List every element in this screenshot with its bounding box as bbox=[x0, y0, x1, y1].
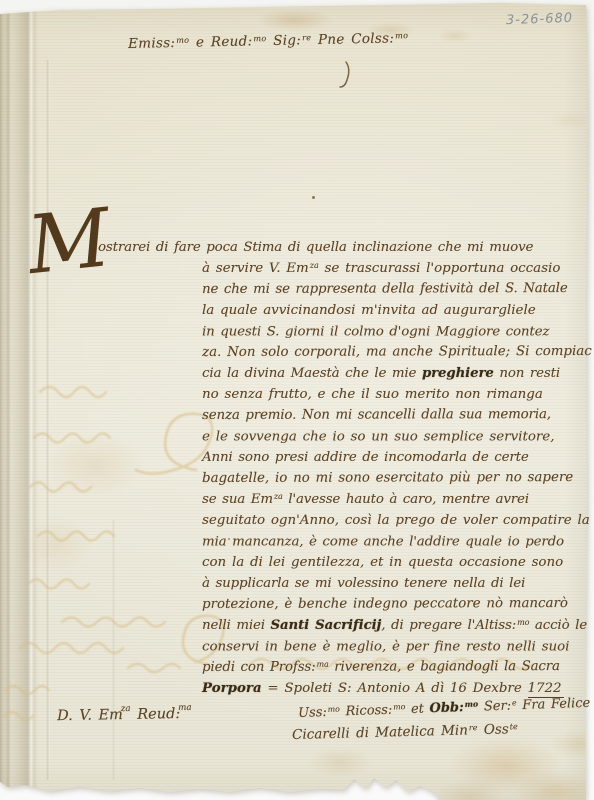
manuscript-line: cia la divina Maestà che le mie preghier… bbox=[0, 363, 594, 384]
text-run: ne che mi se rappresenta della festività… bbox=[202, 281, 568, 297]
text-run: in questi S. giorni il colmo d'ogni Magg… bbox=[202, 324, 549, 339]
text-run: mo bbox=[176, 34, 189, 44]
text-run: riverenza, e bagiandogli la Sacra bbox=[329, 659, 560, 675]
text-run: mo bbox=[465, 699, 479, 708]
text-run: non resti bbox=[494, 366, 560, 381]
text-run: à supplicarla se mi volessino tenere nel… bbox=[202, 576, 525, 591]
text-run: re bbox=[469, 722, 478, 732]
text-run: Oss bbox=[477, 721, 509, 738]
manuscript-line: protezione, è benche indegno peccatore n… bbox=[0, 593, 594, 616]
text-run: senza premio. Non mi scancelli dalla sua… bbox=[202, 407, 551, 423]
text-run: à servire V. Em bbox=[202, 261, 309, 276]
text-run: Pne Colss: bbox=[311, 30, 394, 48]
text-run: protezione, è benche indegno peccatore n… bbox=[202, 596, 568, 612]
archive-number: 3-26-680 bbox=[506, 11, 573, 28]
text-run: Porpora bbox=[202, 681, 262, 696]
text-run: Fra Felice Maria bbox=[516, 694, 594, 713]
text-run: e le sovvenga che io so un suo semplice … bbox=[202, 429, 555, 444]
manuscript-line: à supplicarla se mi volessino tenere nel… bbox=[0, 573, 594, 594]
manuscript-line: la quale avvicinandosi m'invita ad augur… bbox=[0, 300, 594, 321]
photo-backdrop: 3-26-680 Emiss:mo e Reud:mo Sig:re Pne C… bbox=[0, 0, 594, 800]
text-run: za bbox=[310, 261, 319, 270]
text-run: ostrarei di fare poca Stima di quella in… bbox=[98, 240, 533, 255]
text-run: ma bbox=[317, 659, 329, 668]
manuscript-line: in questi S. giorni il colmo d'ogni Magg… bbox=[0, 321, 594, 342]
text-run: preghiere bbox=[422, 366, 494, 381]
manuscript-line: za. Non solo corporali, ma anche Spiritu… bbox=[0, 341, 594, 364]
ink-speck bbox=[312, 196, 315, 199]
manuscript-line: nelli miei Santi Sacrificij, di pregare … bbox=[0, 615, 594, 636]
manuscript-line: bagatelle, io no mi sono esercitato più … bbox=[0, 467, 594, 490]
text-run: no senza frutto, e che il suo merito non… bbox=[202, 387, 543, 402]
text-run: mo bbox=[517, 618, 529, 627]
text-run: 1722 bbox=[528, 681, 564, 698]
text-run: re bbox=[302, 32, 311, 42]
manuscript-line: ne che mi se rappresenta della festività… bbox=[0, 278, 594, 301]
text-run: ma bbox=[178, 703, 192, 713]
manuscript-line: à servire V. Emza se trascurassi l'oppor… bbox=[0, 258, 594, 279]
manuscript-line: se sua Emza l'avesse hauto à caro, mentr… bbox=[0, 489, 594, 510]
text-run: Anni sono presi addire de incomodarla de… bbox=[202, 450, 529, 465]
text-run: Santi Sacrificij bbox=[271, 618, 382, 633]
manuscript-line: piedi con Profss:ma riverenza, e bagiand… bbox=[0, 656, 594, 679]
text-run: cia la divina Maestà che le mie bbox=[202, 366, 422, 381]
text-run: se trascurassi l'opportuna occasio bbox=[319, 261, 561, 276]
manuscript-line: e le sovvenga che io so un suo semplice … bbox=[0, 426, 594, 447]
text-run: se sua Em bbox=[202, 492, 273, 507]
text-run: za. Non solo corporali, ma anche Spiritu… bbox=[202, 344, 592, 360]
manuscript-line: no senza frutto, e che il suo merito non… bbox=[0, 384, 594, 405]
text-run: D. V. Em bbox=[57, 707, 123, 724]
text-run: l'avesse hauto à caro, mentre avrei bbox=[283, 492, 529, 507]
manuscript-line: Porpora = Spoleti S: Antonio A dì 16 Dex… bbox=[0, 678, 594, 699]
text-run: mo bbox=[253, 33, 266, 43]
text-run: = Spoleti S: Antonio A dì 16 Dexbre bbox=[262, 681, 528, 696]
text-run: Ser: bbox=[478, 698, 511, 714]
manuscript-line: conservi in bene è meglio, è per fine re… bbox=[0, 636, 594, 657]
manuscript-line: senza premio. Non mi scancelli dalla sua… bbox=[0, 404, 594, 427]
text-run: acciò le bbox=[529, 618, 587, 633]
text-run: mo bbox=[393, 702, 405, 711]
text-run: za bbox=[121, 704, 131, 714]
text-run: te bbox=[509, 721, 517, 731]
text-run: et bbox=[405, 701, 430, 717]
manuscript-line: ostrarei di fare poca Stima di quella in… bbox=[0, 237, 594, 258]
text-run: mo bbox=[395, 30, 408, 40]
letter-body: ostrarei di fare poca Stima di quella in… bbox=[0, 237, 594, 699]
manuscript-line: con la di lei gentilezza, et in questa o… bbox=[0, 552, 594, 573]
text-run: Ricoss: bbox=[340, 703, 393, 720]
text-run: bagatelle, io no mi sono esercitato più … bbox=[202, 470, 573, 486]
text-run: nelli miei bbox=[202, 618, 271, 633]
text-run: Obb: bbox=[429, 700, 464, 716]
text-run: Reud: bbox=[130, 706, 180, 723]
text-run: Emiss: bbox=[128, 35, 176, 52]
text-run: mia mancanza, è come anche l'addire qual… bbox=[202, 534, 564, 549]
text-run: piedi con Profss: bbox=[202, 660, 316, 675]
text-run: e Reud: bbox=[189, 33, 252, 50]
valediction: D. V. Emza Reud:ma bbox=[57, 706, 192, 724]
text-run: mo bbox=[328, 704, 340, 713]
text-run: za bbox=[274, 492, 283, 501]
text-run: Sig: bbox=[266, 32, 301, 49]
text-run: seguitato ogn'Anno, così la prego de vol… bbox=[202, 513, 590, 528]
text-run: la quale avvicinandosi m'invita ad augur… bbox=[202, 303, 536, 318]
text-run: conservi in bene è meglio, è per fine re… bbox=[202, 639, 569, 654]
text-run: e bbox=[512, 698, 517, 707]
manuscript-line: seguitato ogn'Anno, così la prego de vol… bbox=[0, 510, 594, 531]
text-run: con la di lei gentilezza, et in questa o… bbox=[202, 555, 563, 570]
manuscript-line: mia mancanza, è come anche l'addire qual… bbox=[0, 531, 594, 552]
text-run: , di pregare l'Altiss: bbox=[381, 618, 516, 633]
text-run: Uss: bbox=[298, 705, 327, 721]
ink-speck bbox=[228, 538, 230, 540]
manuscript-line: Anni sono presi addire de incomodarla de… bbox=[0, 447, 594, 468]
